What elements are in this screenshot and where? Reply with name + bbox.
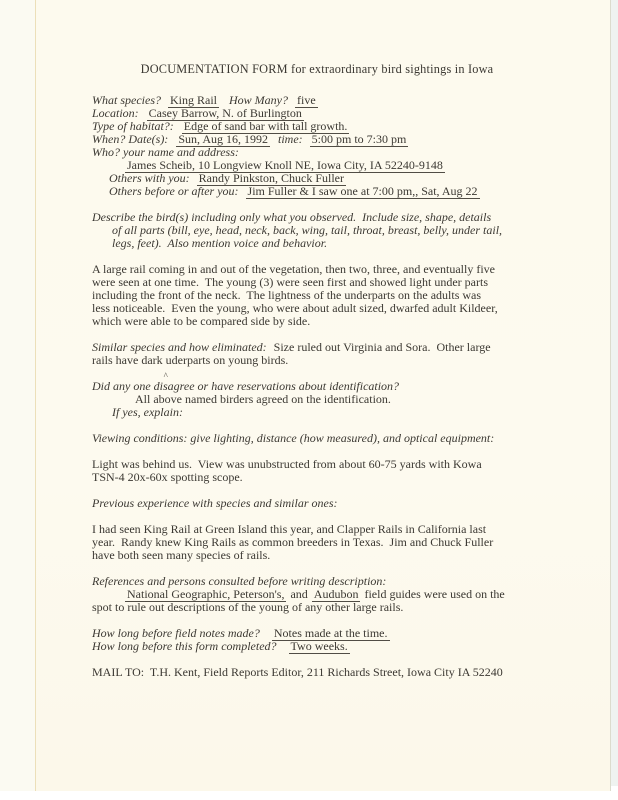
disagree-answer: All above named birders agreed on the id… [135,393,604,406]
others-before-question: Others before or after you: [109,184,239,198]
if-yes-explain-label: If yes, explain: [112,406,604,419]
references-section: References and persons consulted before … [92,575,604,614]
notes-timing-section: How long before field notes made?Notes m… [92,627,604,653]
date-question: When? Date(s): [92,132,168,146]
habitat-question: Type of habitat?: [92,119,174,133]
describe-prompt-line-3: legs, feet). Also mention voice and beha… [112,237,604,250]
others-before-line: Others before or after you:Jim Fuller & … [109,185,604,198]
viewing-conditions-answer: Light was behind us. View was unubstruct… [92,458,604,484]
form-completed-question: How long before this form completed? [92,639,277,653]
scan-margin-right [611,0,618,786]
previous-experience-prompt: Previous experience with species and sim… [92,497,604,510]
similar-species-section: Similar species and how eliminated:Size … [92,341,604,367]
references-answer-rest: field guides were used on the [364,587,504,601]
field-notes-question: How long before field notes made? [92,626,260,640]
species-question: What species? [92,93,161,107]
location-question: Location: [92,106,139,120]
references-conjunction: and [290,587,307,601]
header-fields: What species?King RailHow Many?five Loca… [92,94,604,198]
previous-experience-answer: I had seen King Rail at Green Island thi… [92,523,604,562]
form-completed-answer: Two weeks. [289,639,350,654]
others-before-answer: Jim Fuller & I saw one at 7:00 pm,, Sat,… [246,184,480,199]
form-completed-line: How long before this form completed?Two … [92,640,604,653]
similar-species-answer-start: Size ruled out Virginia and Sora. Other … [274,340,491,354]
similar-species-question: Similar species and how eliminated: [92,340,267,354]
scan-margin-left [0,0,35,791]
who-question: Who? your name and address: [92,145,239,159]
disagree-section: Did any one disagree or have reservation… [92,380,604,419]
time-question: time: [278,132,303,146]
viewing-conditions-prompt: Viewing conditions: give lighting, dista… [92,432,604,445]
document-page: DOCUMENTATION FORM for extraordinary bir… [35,0,611,791]
similar-species-answer-after-caret: derparts on young birds. [172,353,289,367]
others-with-question: Others with you: [109,171,190,185]
form-title: DOCUMENTATION FORM for extraordinary bir… [92,63,542,76]
document-content: DOCUMENTATION FORM for extraordinary bir… [92,0,604,679]
time-answer: 5:00 pm to 7:30 pm [310,132,409,147]
how-many-question: How Many? [229,93,288,107]
describe-prompt: Describe the bird(s) including only what… [92,211,604,250]
describe-answer: A large rail coming in and out of the ve… [92,263,604,328]
similar-species-answer-before-caret: rails have dark u [92,353,172,367]
references-answer-line-2: spot to rule out descriptions of the you… [92,601,604,614]
similar-species-line-2: rails have dark u^derparts on young bird… [92,354,604,367]
mail-to-line: MAIL TO: T.H. Kent, Field Reports Editor… [92,666,604,679]
